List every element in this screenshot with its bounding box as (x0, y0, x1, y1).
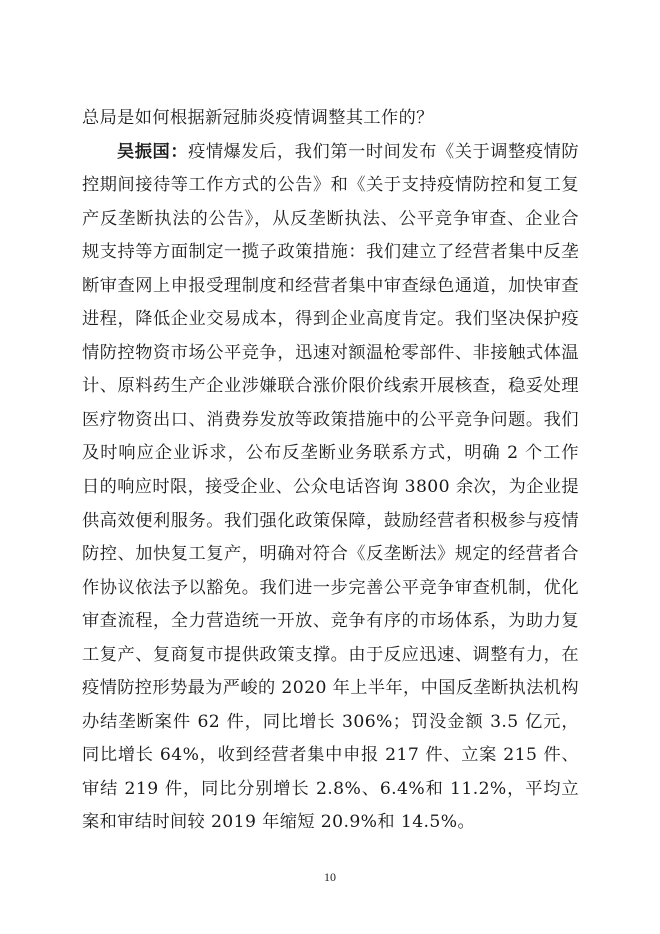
question-text: 总局是如何根据新冠肺炎疫情调整其工作的？ (82, 102, 579, 136)
document-page: 总局是如何根据新冠肺炎疫情调整其工作的？ 吴振国：疫情爆发后，我们第一时间发布《… (82, 102, 579, 840)
speaker-name: 吴振国： (117, 142, 188, 162)
page-number: 10 (0, 870, 660, 885)
answer-paragraph: 吴振国：疫情爆发后，我们第一时间发布《关于调整疫情防控期间接待等工作方式的公告》… (82, 136, 579, 840)
answer-text: 疫情爆发后，我们第一时间发布《关于调整疫情防控期间接待等工作方式的公告》和《关于… (82, 142, 579, 833)
